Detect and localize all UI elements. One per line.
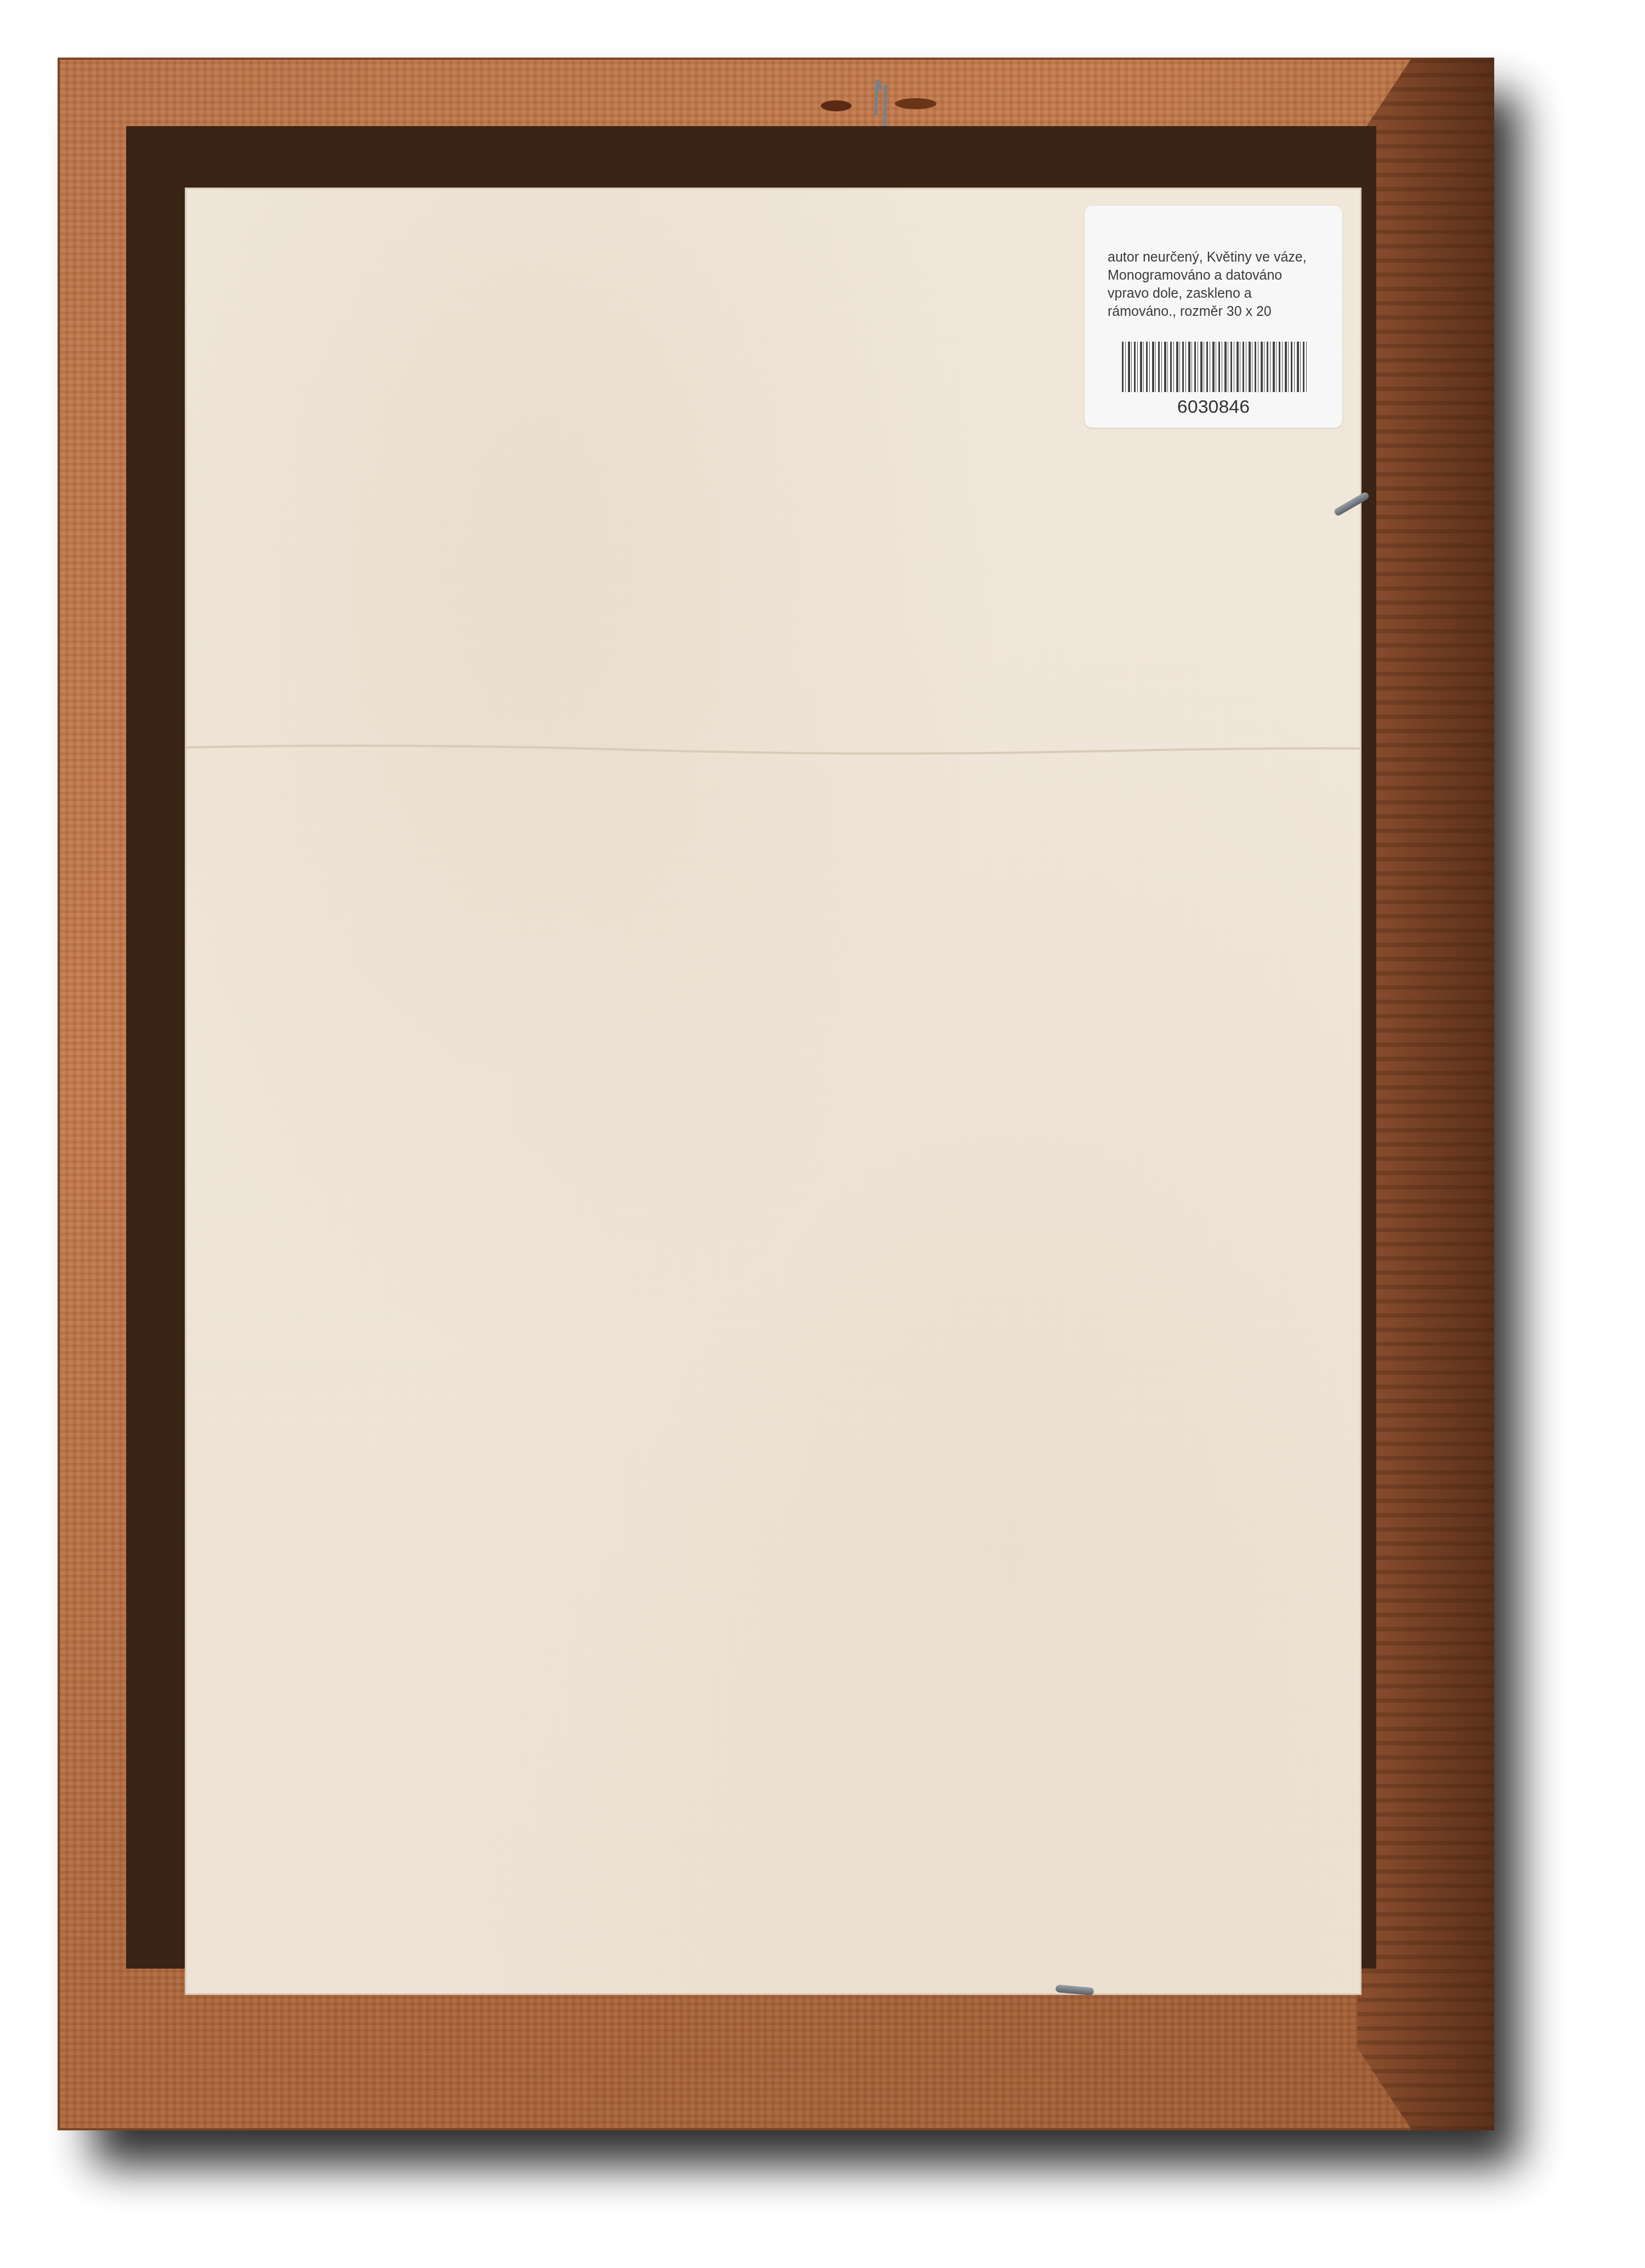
barcode-icon bbox=[1122, 342, 1308, 392]
label-line-2: Monogramováno a datováno bbox=[1108, 267, 1338, 285]
label-line-4: rámováno., rozměr 30 x 20 bbox=[1108, 303, 1338, 321]
catalogue-label: autor neurčený, Květiny ve váze, Monogra… bbox=[1085, 206, 1342, 428]
paper-backing bbox=[186, 189, 1360, 1993]
label-line-1: autor neurčený, Květiny ve váze, bbox=[1108, 248, 1338, 267]
frame-right-edge bbox=[1357, 58, 1494, 2130]
label-description: autor neurčený, Květiny ve váze, Monogra… bbox=[1108, 248, 1338, 321]
barcode-number: 6030846 bbox=[1085, 396, 1342, 418]
frame-pencil-mark-icon bbox=[814, 74, 946, 134]
label-line-3: vpravo dole, zaskleno a bbox=[1108, 285, 1338, 303]
paper-crease bbox=[186, 738, 1360, 759]
